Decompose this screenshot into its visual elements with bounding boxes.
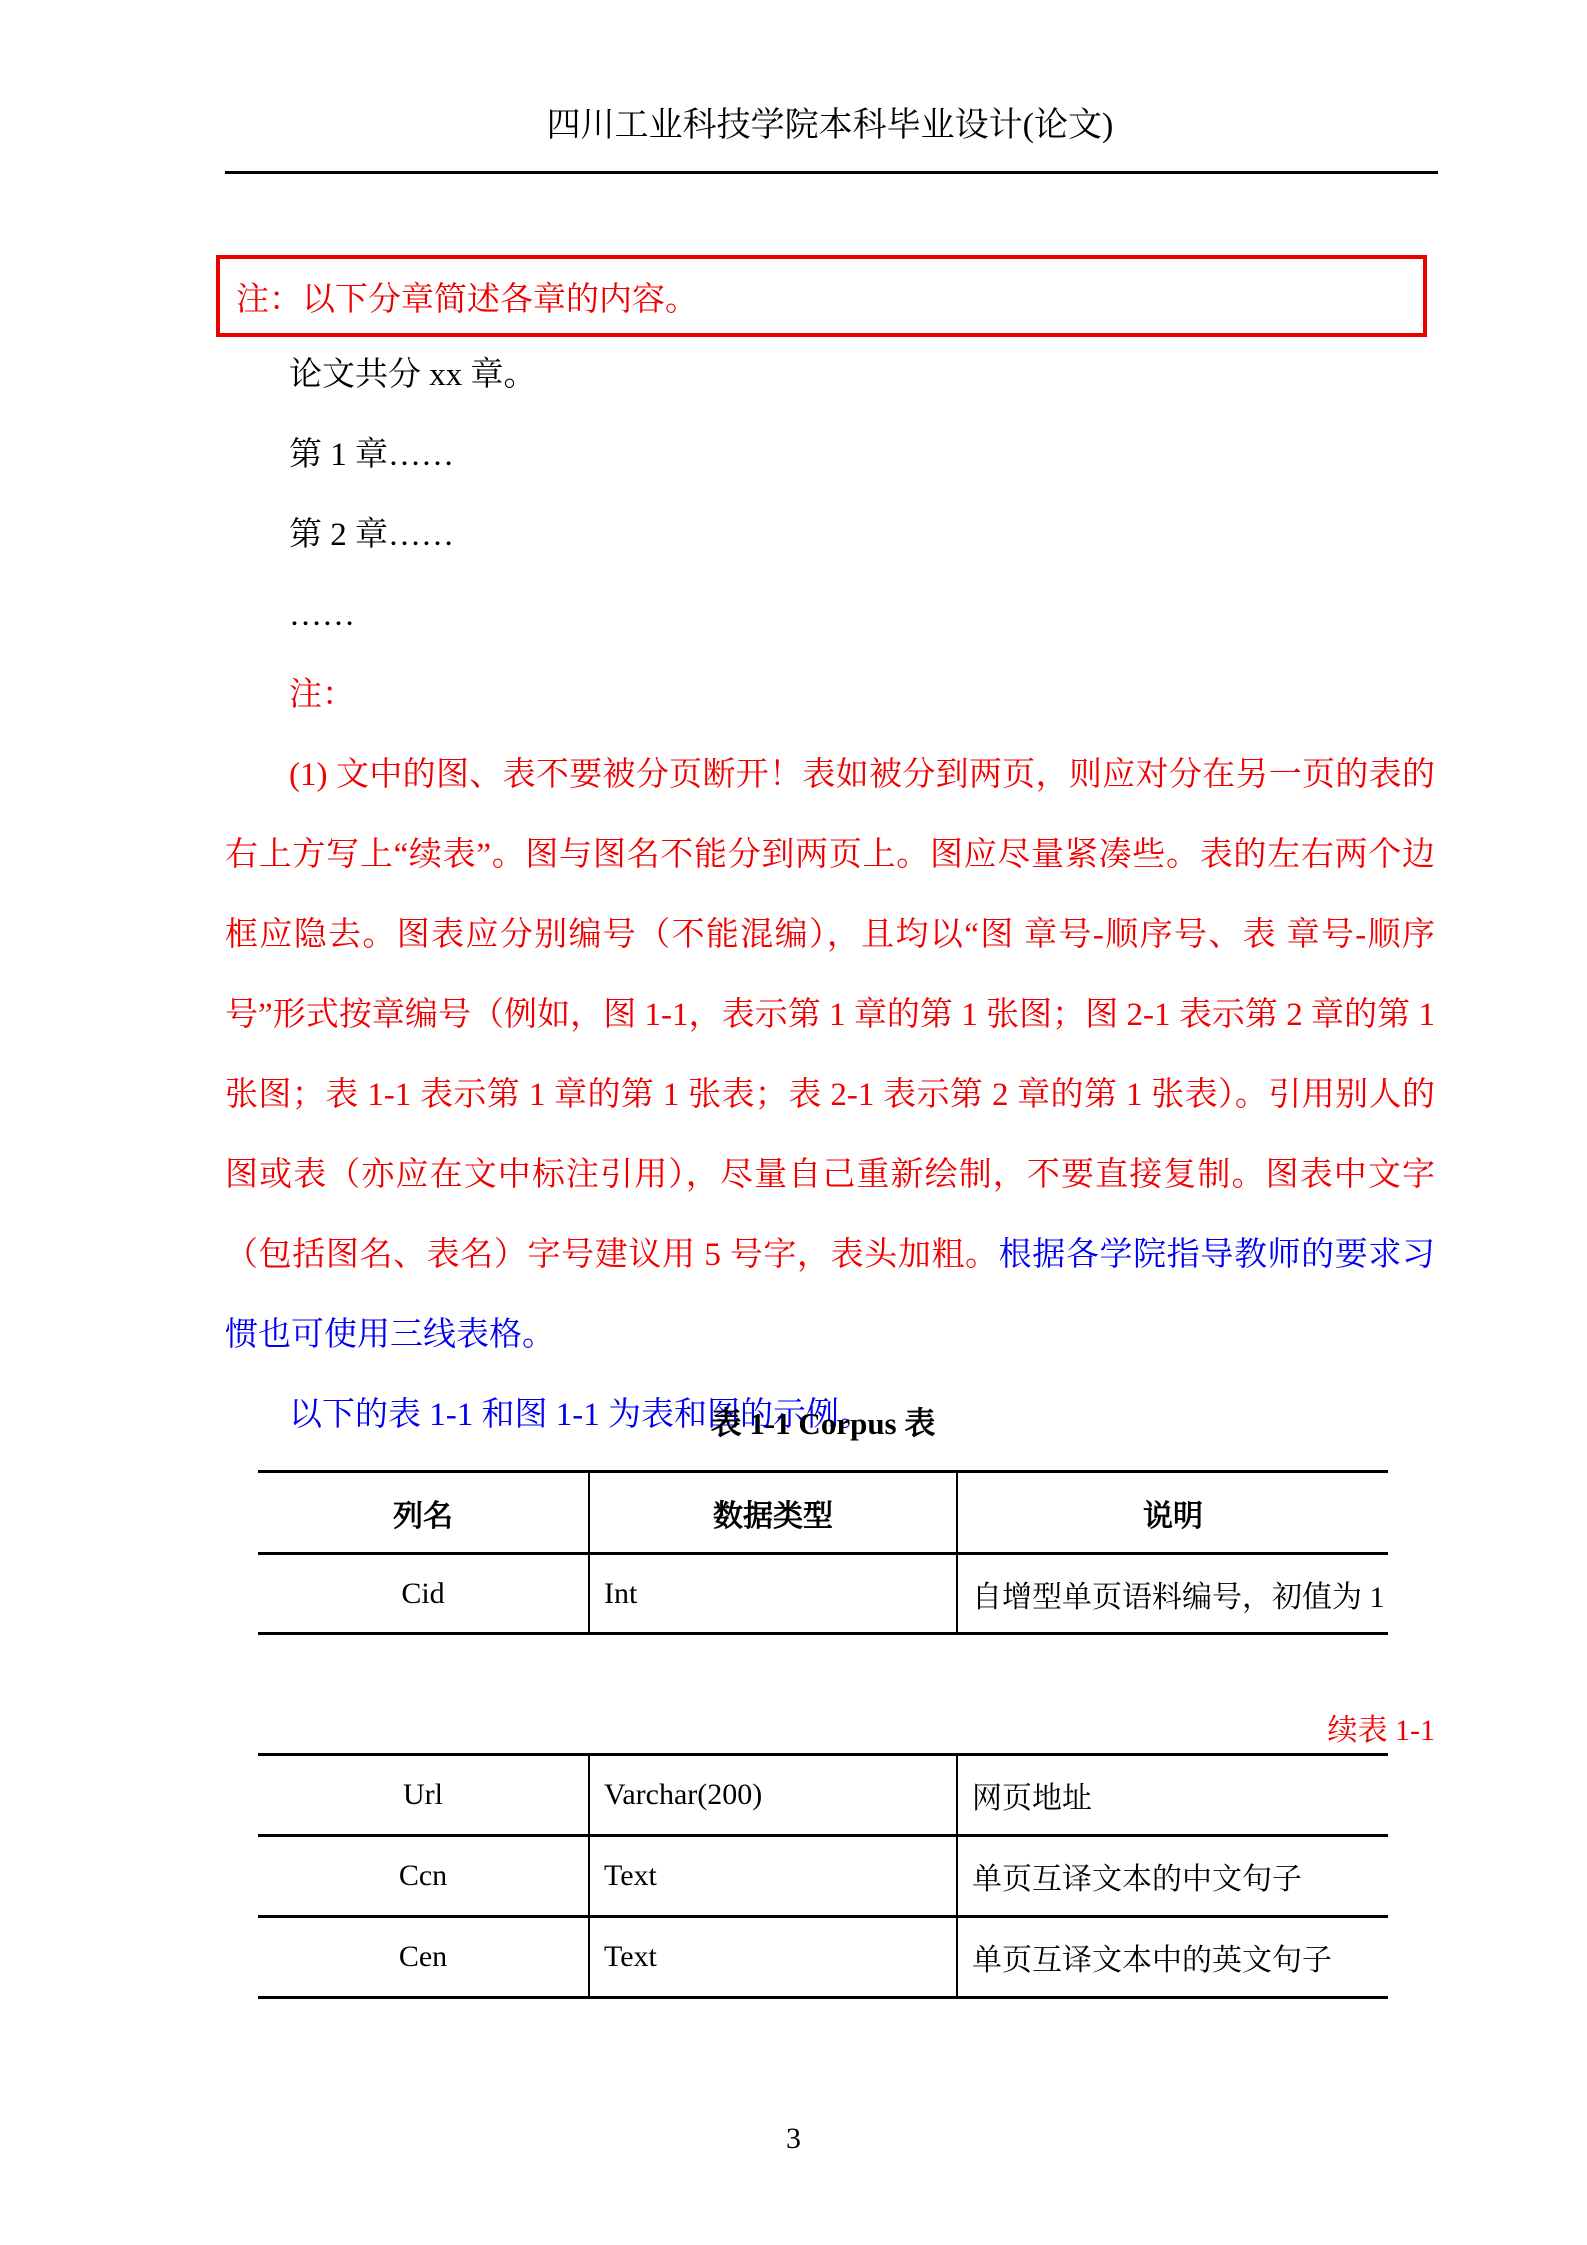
note-body-red-segment: (1) 文中的图、表不要被分页断开！表如被分到两页，则应对分在另一页的表的右上方…	[225, 757, 1435, 1273]
table-cell-description: 单页互译文本中的英文句子	[957, 1917, 1388, 1998]
table-cell-type: Int	[589, 1554, 957, 1634]
continuation-table-label: 续表 1-1	[225, 1710, 1435, 1752]
corpus-table: 列名 数据类型 说明 Cid Int 自增型单页语料编号，初值为 1	[258, 1470, 1388, 1635]
paragraph-ellipsis: ……	[225, 575, 1435, 655]
table-cell-description: 单页互译文本的中文句子	[957, 1836, 1388, 1917]
paragraph-note-body: (1) 文中的图、表不要被分页断开！表如被分到两页，则应对分在另一页的表的右上方…	[225, 735, 1435, 1375]
red-note-text: 注：以下分章简述各章的内容。	[236, 273, 698, 320]
paragraph-note-label: 注：	[225, 655, 1435, 735]
paragraph-chapters-intro: 论文共分 xx 章。	[225, 335, 1435, 415]
table-cell-name: Cid	[258, 1554, 589, 1634]
table-row: Cid Int 自增型单页语料编号，初值为 1	[258, 1554, 1388, 1634]
table-row: Url Varchar(200) 网页地址	[258, 1755, 1388, 1836]
paragraph-chapter1: 第 1 章……	[225, 415, 1435, 495]
table-cell-type: Text	[589, 1836, 957, 1917]
table-cell-description: 网页地址	[957, 1755, 1388, 1836]
table-header-row: 列名 数据类型 说明	[258, 1472, 1388, 1554]
table-cell-description: 自增型单页语料编号，初值为 1	[957, 1554, 1388, 1634]
table-cell-type: Text	[589, 1917, 957, 1998]
table-cell-name: Cen	[258, 1917, 589, 1998]
table-cell-name: Ccn	[258, 1836, 589, 1917]
table-row: Cen Text 单页互译文本中的英文句子	[258, 1917, 1388, 1998]
body-content: 论文共分 xx 章。 第 1 章…… 第 2 章…… …… 注： (1) 文中的…	[225, 335, 1435, 1455]
table-caption: 表 1-1 Corpus 表	[258, 1402, 1388, 1446]
page-header-title: 四川工业科技学院本科毕业设计(论文)	[225, 100, 1435, 152]
header-rule	[225, 171, 1438, 174]
table-cell-name: Url	[258, 1755, 589, 1836]
paragraph-chapter2: 第 2 章……	[225, 495, 1435, 575]
corpus-table-continued: Url Varchar(200) 网页地址 Ccn Text 单页互译文本的中文…	[258, 1753, 1388, 1999]
document-page: 四川工业科技学院本科毕业设计(论文) 注：以下分章简述各章的内容。 论文共分 x…	[0, 0, 1587, 2245]
page-number: 3	[0, 2122, 1587, 2156]
red-note-box: 注：以下分章简述各章的内容。	[216, 255, 1427, 337]
table-header-description: 说明	[957, 1472, 1388, 1554]
table-cell-type: Varchar(200)	[589, 1755, 957, 1836]
table-row: Ccn Text 单页互译文本的中文句子	[258, 1836, 1388, 1917]
table-header-data-type: 数据类型	[589, 1472, 957, 1554]
table-header-column-name: 列名	[258, 1472, 589, 1554]
